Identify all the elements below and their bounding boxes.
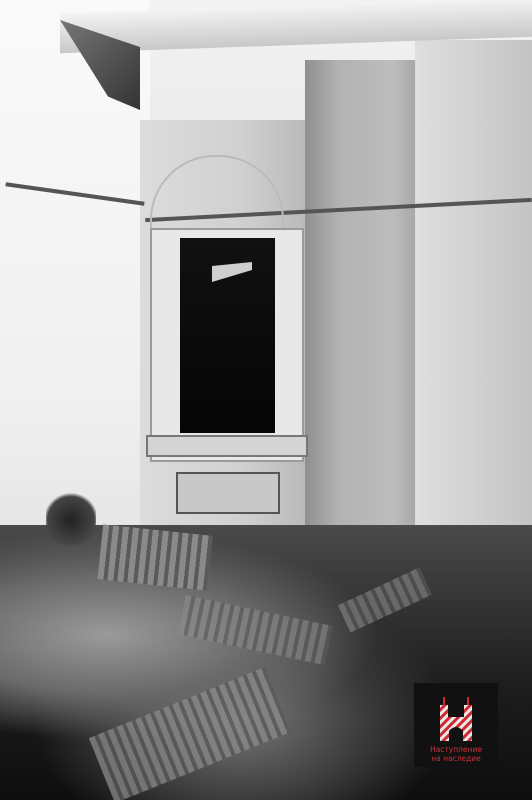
wall-panel bbox=[176, 472, 280, 514]
right-wall bbox=[415, 40, 532, 560]
watermark-text-line2: на наследие bbox=[431, 754, 481, 763]
pilaster bbox=[305, 60, 415, 560]
watermark-text-line1: Наступление bbox=[430, 745, 482, 754]
watermark-logo: Наступление на наследие bbox=[414, 683, 498, 767]
photograph bbox=[0, 0, 532, 800]
window-sill bbox=[146, 435, 308, 457]
corrugated-sheet bbox=[97, 524, 212, 590]
plant bbox=[46, 490, 96, 550]
castle-gate-icon bbox=[436, 695, 476, 741]
